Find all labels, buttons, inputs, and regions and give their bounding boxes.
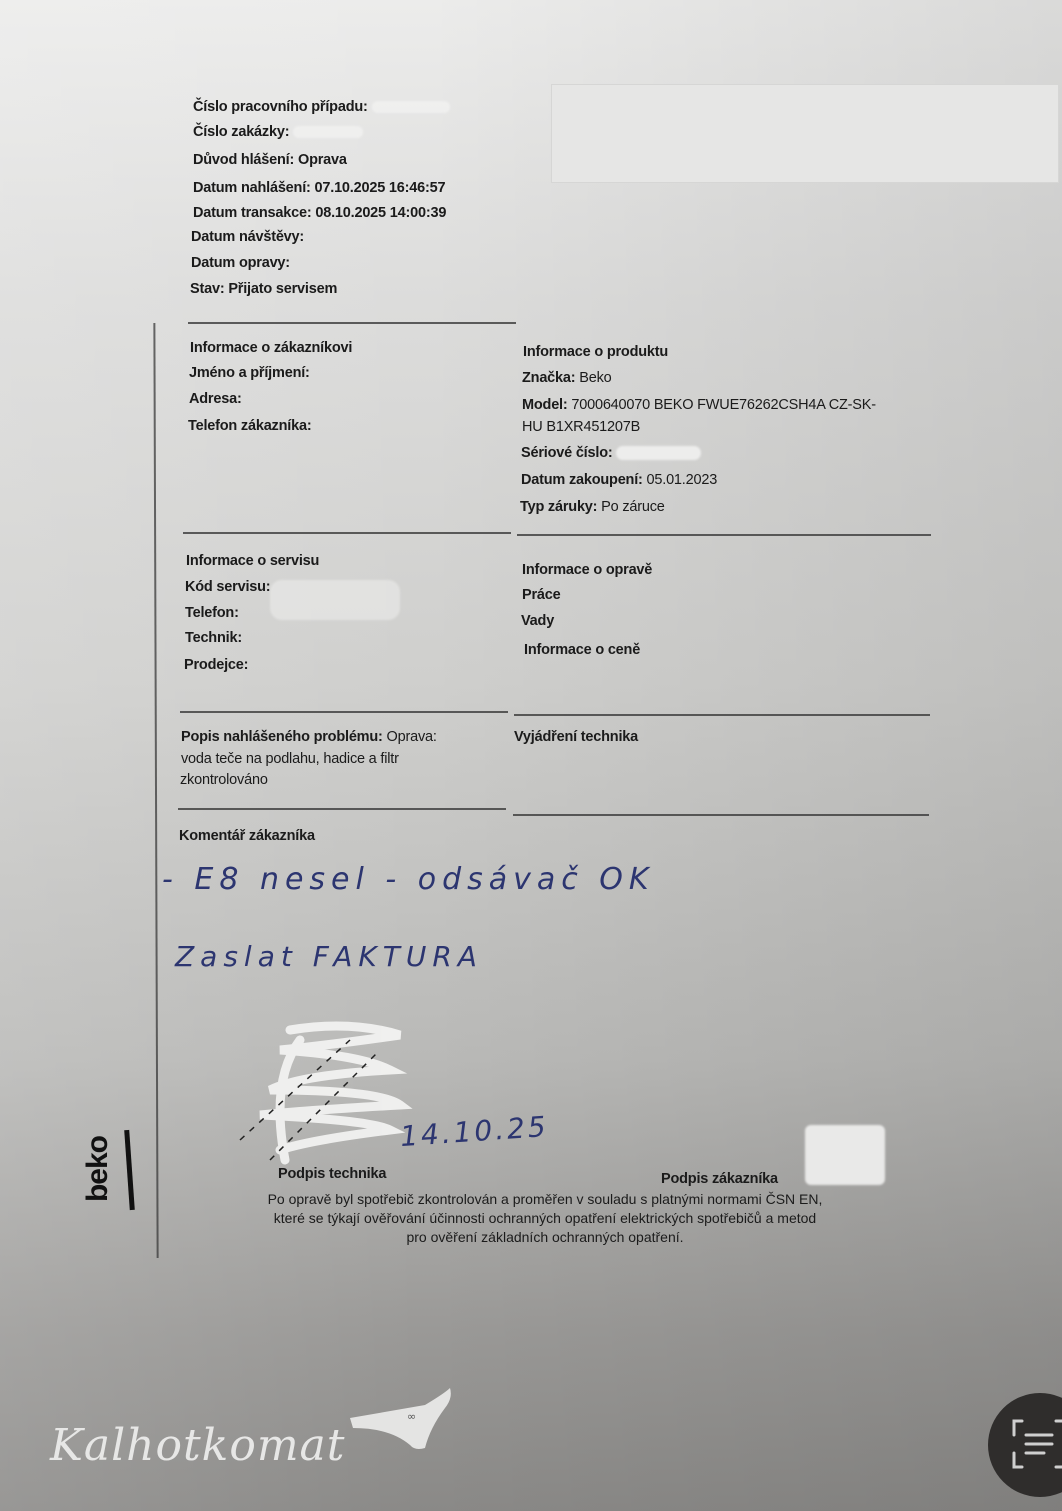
handwritten-comment-line1: - E8 nesel - odsávač OK <box>162 862 655 897</box>
handwritten-comment-line2: Zaslat FAKTURA <box>175 940 483 973</box>
divider <box>180 711 508 713</box>
transaction-date-label: Datum transakce: <box>193 205 312 221</box>
footer-line: Po opravě byl spotřebič zkontrolován a p… <box>200 1190 890 1209</box>
problem-value: Oprava: <box>387 729 437 745</box>
defects-field: Vady <box>521 613 554 629</box>
problem-label: Popis nahlášeného problému: <box>181 729 383 745</box>
customer-phone-field: Telefon zákazníka: <box>188 418 311 434</box>
panties-icon: ∞ <box>345 1383 455 1453</box>
status-field: Stav: Přijato servisem <box>190 281 337 297</box>
footer-line: pro ověření základních ochranných opatře… <box>200 1228 890 1247</box>
redacted-value <box>616 446 701 460</box>
report-date-value: 07.10.2025 16:46:57 <box>315 180 446 196</box>
beko-logo-bar <box>124 1130 135 1210</box>
problem-value-continued: zkontrolováno <box>180 772 268 788</box>
divider <box>514 714 930 716</box>
customer-signature-label: Podpis zákazníka <box>661 1171 778 1187</box>
work-field: Práce <box>522 587 561 603</box>
problem-field-continued: zkontrolováno <box>180 772 268 788</box>
service-phone-field: Telefon: <box>185 605 239 621</box>
technician-signature-label: Podpis technika <box>278 1166 386 1182</box>
beko-logo-text: beko <box>81 1136 115 1202</box>
customer-comment-title: Komentář zákazníka <box>179 828 315 844</box>
repair-date-label: Datum opravy: <box>191 255 290 271</box>
brand-label: Značka: <box>522 370 575 386</box>
order-number-label: Číslo zakázky: <box>193 124 289 140</box>
redacted-block <box>551 84 1059 183</box>
model-field: Model: 7000640070 BEKO FWUE76262CSH4A CZ… <box>522 397 876 413</box>
purchase-date-label: Datum zakoupení: <box>521 472 643 488</box>
service-code-label: Kód servisu: <box>185 579 270 595</box>
divider <box>188 322 516 324</box>
defects-label: Vady <box>521 613 554 629</box>
scan-text-button[interactable] <box>988 1393 1062 1497</box>
serial-field: Sériové číslo: <box>521 445 701 461</box>
model-label: Model: <box>522 397 568 413</box>
model-value: 7000640070 BEKO FWUE76262CSH4A CZ-SK- <box>571 397 876 413</box>
transaction-date-value: 08.10.2025 14:00:39 <box>315 205 446 221</box>
service-section-title: Informace o servisu <box>186 553 319 569</box>
service-phone-label: Telefon: <box>185 605 239 621</box>
model-field-continued: HU B1XR451207B <box>522 419 640 435</box>
report-date-field: Datum nahlášení: 07.10.2025 16:46:57 <box>193 180 445 196</box>
customer-phone-label: Telefon zákazníka: <box>188 418 311 434</box>
brand-value: Beko <box>579 370 611 386</box>
warranty-label: Typ záruky: <box>520 499 597 515</box>
svg-text:∞: ∞ <box>407 1410 416 1423</box>
reason-value: Oprava <box>298 152 347 168</box>
case-number-field: Číslo pracovního případu: <box>193 99 450 115</box>
work-label: Práce <box>522 587 561 603</box>
seller-label: Prodejce: <box>184 657 248 673</box>
redacted-value <box>372 101 450 113</box>
problem-field: Popis nahlášeného problému: Oprava: <box>181 729 437 745</box>
paper-shading <box>0 0 1062 1511</box>
model-value-continued: HU B1XR451207B <box>522 419 640 435</box>
signature-date: 14.10.25 <box>399 1110 550 1153</box>
redacted-block <box>270 580 400 620</box>
left-border <box>153 323 158 1258</box>
repair-date-field: Datum opravy: <box>191 255 290 271</box>
technician-field: Technik: <box>185 630 242 646</box>
divider <box>513 814 929 816</box>
customer-section-title: Informace o zákazníkovi <box>190 340 352 356</box>
order-number-field: Číslo zakázky: <box>193 124 363 140</box>
watermark-text: Kalhotkomat <box>50 1420 345 1471</box>
technician-label: Technik: <box>185 630 242 646</box>
reason-label: Důvod hlášení: <box>193 152 294 168</box>
price-field: Informace o ceně <box>524 642 640 658</box>
seller-field: Prodejce: <box>184 657 248 673</box>
reason-field: Důvod hlášení: Oprava <box>193 152 347 168</box>
technician-statement-title: Vyjádření technika <box>514 729 638 745</box>
customer-address-label: Adresa: <box>189 391 242 407</box>
beko-logo: beko <box>83 1130 143 1220</box>
problem-field-continued: voda teče na podlahu, hadice a filtr <box>181 751 399 767</box>
footer-note: Po opravě byl spotřebič zkontrolován a p… <box>200 1190 890 1247</box>
redacted-value <box>293 126 363 138</box>
warranty-field: Typ záruky: Po záruce <box>520 499 665 515</box>
report-date-label: Datum nahlášení: <box>193 180 311 196</box>
purchase-date-field: Datum zakoupení: 05.01.2023 <box>521 472 717 488</box>
divider <box>178 808 506 810</box>
problem-value-continued: voda teče na podlahu, hadice a filtr <box>181 751 399 767</box>
status-value: Přijato servisem <box>228 281 337 297</box>
customer-name-field: Jméno a příjmení: <box>189 365 310 381</box>
technician-signature-redacted <box>230 1020 420 1170</box>
divider <box>183 532 511 534</box>
text-scan-icon <box>1008 1415 1062 1475</box>
warranty-value: Po záruce <box>601 499 665 515</box>
service-code-field: Kód servisu: <box>185 579 270 595</box>
brand-field: Značka: Beko <box>522 370 612 386</box>
product-section-title: Informace o produktu <box>523 344 668 360</box>
price-label: Informace o ceně <box>524 642 640 658</box>
case-number-label: Číslo pracovního případu: <box>193 99 368 115</box>
customer-name-label: Jméno a příjmení: <box>189 365 310 381</box>
status-label: Stav: <box>190 281 224 297</box>
visit-date-field: Datum návštěvy: <box>191 229 304 245</box>
transaction-date-field: Datum transakce: 08.10.2025 14:00:39 <box>193 205 446 221</box>
serial-label: Sériové číslo: <box>521 445 613 461</box>
customer-signature-redacted <box>805 1125 885 1185</box>
purchase-date-value: 05.01.2023 <box>647 472 718 488</box>
divider <box>517 534 931 536</box>
footer-line: které se týkají ověřování účinnosti ochr… <box>200 1209 890 1228</box>
customer-address-field: Adresa: <box>189 391 242 407</box>
repair-section-title: Informace o opravě <box>522 562 652 578</box>
visit-date-label: Datum návštěvy: <box>191 229 304 245</box>
